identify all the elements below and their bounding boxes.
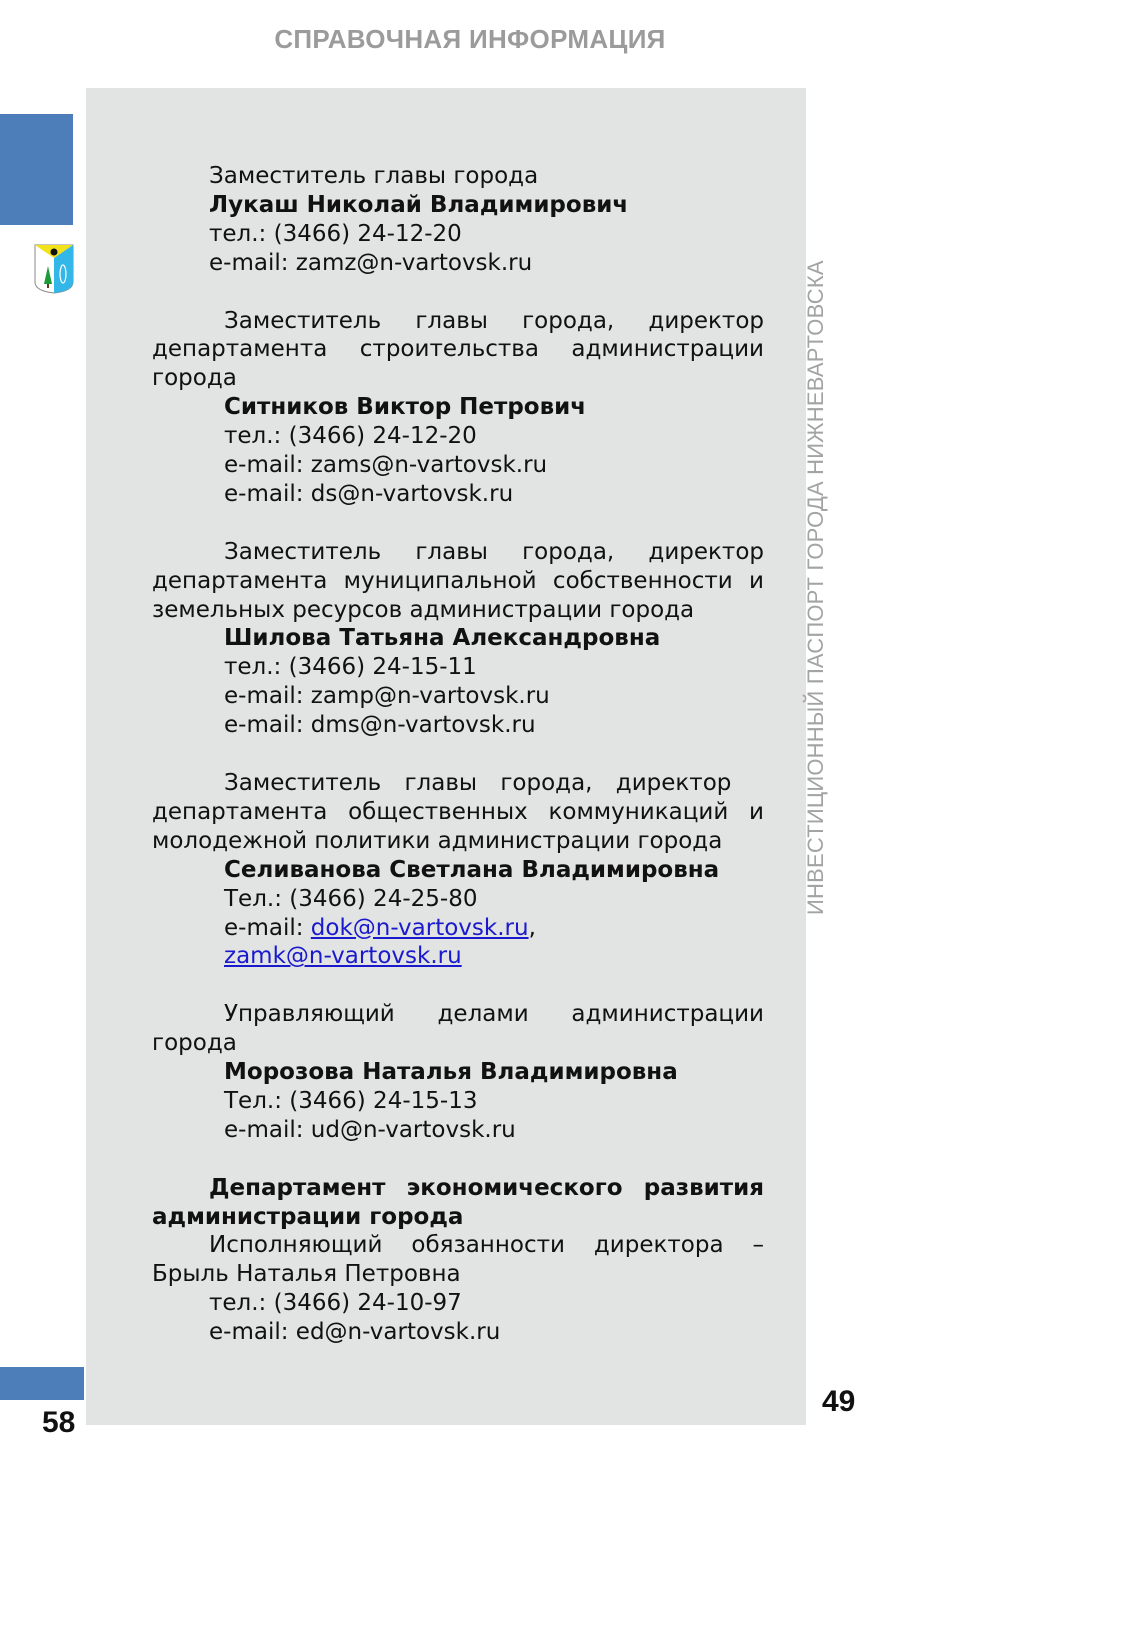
contact-card: Управляющий делами администрации города …: [152, 1000, 764, 1145]
department-email: e-mail: ed@n-vartovsk.ru: [152, 1318, 764, 1347]
side-label: ИНВЕСТИЦИОННЫЙ ПАСПОРТ ГОРОДА НИЖНЕВАРТО…: [803, 265, 831, 915]
contact-position-line: Заместитель главы города, директор: [152, 769, 764, 798]
contact-card: Заместитель главы города, директор депар…: [152, 538, 764, 740]
department-phone: тел.: (3466) 24-10-97: [152, 1289, 764, 1318]
page-number-right: 49: [822, 1385, 855, 1419]
contact-name: Ситников Виктор Петрович: [152, 393, 764, 422]
contact-position-line: Управляющий делами администрации: [152, 1000, 764, 1029]
contact-card: Заместитель главы города, директор депар…: [152, 307, 764, 509]
contact-phone: Тел.: (3466) 24-25-80: [152, 885, 764, 914]
contact-name: Шилова Татьяна Александровна: [152, 624, 764, 653]
contact-position: Заместитель главы города: [152, 162, 764, 191]
contact-position-line: Заместитель главы города, директор: [152, 307, 764, 336]
contact-phone: тел.: (3466) 24-12-20: [152, 422, 764, 451]
coat-of-arms-icon: [34, 244, 74, 294]
contact-email: e-mail: dms@n-vartovsk.ru: [152, 711, 764, 740]
department-role-line: Исполняющий обязанности директора –: [152, 1231, 764, 1260]
contact-position-line: земельных ресурсов администрации города: [152, 596, 764, 625]
email-prefix: e-mail:: [224, 915, 311, 941]
email-link-dok[interactable]: dok@n-vartovsk.ru: [311, 915, 529, 941]
contact-phone: Тел.: (3466) 24-15-13: [152, 1087, 764, 1116]
accent-bar-top: [0, 114, 73, 225]
contact-email: e-mail: ds@n-vartovsk.ru: [152, 480, 764, 509]
accent-bar-bottom: [0, 1367, 84, 1400]
email-separator: ,: [529, 915, 536, 941]
contact-position-line: департамента муниципальной собственности…: [152, 567, 764, 596]
section-header: СПРАВОЧНАЯ ИНФОРМАЦИЯ: [0, 24, 940, 55]
contact-name: Морозова Наталья Владимировна: [152, 1058, 764, 1087]
email-link-zamk[interactable]: zamk@n-vartovsk.ru: [224, 943, 462, 969]
department-card: Департамент экономического развития адми…: [152, 1174, 764, 1347]
contact-email: e-mail: zams@n-vartovsk.ru: [152, 451, 764, 480]
contact-card: Заместитель главы города, директор депар…: [152, 769, 764, 971]
contact-position-line: молодежной политики администрации города: [152, 827, 764, 856]
contact-position-line: города: [152, 364, 764, 393]
department-title-line: Департамент экономического развития: [152, 1174, 764, 1203]
contact-phone: тел.: (3466) 24-12-20: [152, 220, 764, 249]
contact-email: e-mail: zamz@n-vartovsk.ru: [152, 249, 764, 278]
contact-email: e-mail: ud@n-vartovsk.ru: [152, 1116, 764, 1145]
page-number-left: 58: [42, 1406, 75, 1440]
department-role-line: Брыль Наталья Петровна: [152, 1260, 764, 1289]
contacts-list: Заместитель главы города Лукаш Николай В…: [152, 162, 764, 1347]
contact-position-line: Заместитель главы города, директор: [152, 538, 764, 567]
contact-email-line: zamk@n-vartovsk.ru: [152, 942, 764, 971]
contact-position-line: города: [152, 1029, 764, 1058]
contact-card: Заместитель главы города Лукаш Николай В…: [152, 162, 764, 278]
contact-email: e-mail: zamp@n-vartovsk.ru: [152, 682, 764, 711]
contact-email-line: e-mail: dok@n-vartovsk.ru,: [152, 914, 764, 943]
contact-position-line: департамента общественных коммуникаций и: [152, 798, 764, 827]
department-title-line: администрации города: [152, 1203, 764, 1232]
contact-name: Селиванова Светлана Владимировна: [152, 856, 764, 885]
contact-name: Лукаш Николай Владимирович: [152, 191, 764, 220]
contact-position-line: департамента строительства администрации: [152, 335, 764, 364]
contact-phone: тел.: (3466) 24-15-11: [152, 653, 764, 682]
